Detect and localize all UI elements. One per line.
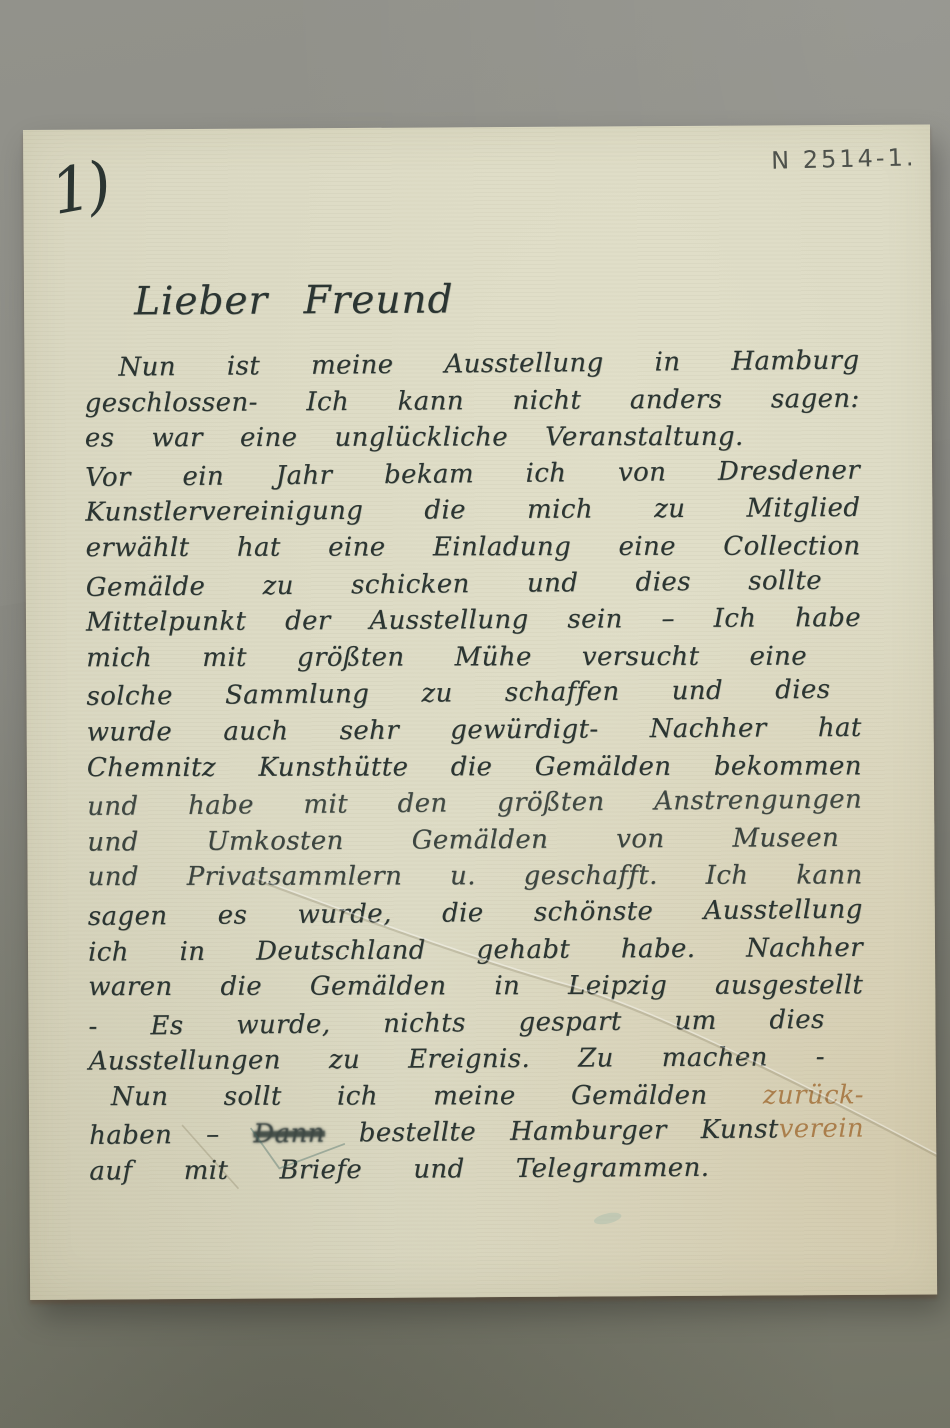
letter-page: 1) N 2514-1. Lieber Freund Nun ist meine… [23,124,937,1300]
letter-segment: haben – [89,1120,254,1152]
catalog-number: N 2514-1. [771,143,917,174]
letter-segment: wurde auch sehr gewürdigt- Nachher hat [87,713,862,748]
letter-line: sagen es wurde, die schönste Ausstellung [88,891,863,935]
letter-line: Mittelpunkt der Ausstellung sein – Ich h… [86,600,861,641]
letter-segment: Mittelpunkt der Ausstellung sein – Ich h… [86,603,861,638]
letter-segment-struck: Dann [253,1119,325,1150]
letter-line: es war eine unglückliche Veranstaltung. [85,419,744,457]
letter-segment: Kunstlervereinigung die mich zu Mitglied [85,493,860,528]
letter-line: waren die Gemälden in Leipzig ausgestell… [88,967,863,1005]
letter-line: Nun ist meine Ausstellung in Hamburg [84,343,859,387]
letter-segment: es war eine unglückliche Veranstaltung. [85,422,744,453]
photo-background: 1) N 2514-1. Lieber Freund Nun ist meine… [0,0,950,1428]
letter-line: mich mit größten Mühe versucht eine [86,638,807,676]
letter-segment: und Privatsammlern u. geschafft. Ich kan… [88,861,863,893]
letter-segment: bestellte Hamburger Kunst [325,1115,779,1149]
letter-line: Vor ein Jahr bekam ich von Dresdener [85,452,860,496]
letter-line: Chemnitz Kunsthütte die Gemälden bekomme… [87,748,862,786]
letter-line: haben – Dann bestellte Hamburger Kunstve… [89,1111,864,1155]
letter-line: solche Sammlung zu schaffen und dies [86,672,830,716]
letter-line: Kunstlervereinigung die mich zu Mitglied [85,490,860,531]
letter-line: Ausstellungen zu Ereignis. Zu machen - [89,1039,825,1080]
letter-segment: Nun ist meine Ausstellung in Hamburg [118,346,859,383]
letter-line: und Privatsammlern u. geschafft. Ich kan… [88,858,863,896]
letter-segment: geschlossen- Ich kann nicht anders sagen… [85,383,860,418]
letter-segment: waren die Gemälden in Leipzig ausgestell… [88,970,863,1002]
letter-segment-faded: verein [779,1114,865,1145]
letter-line: ich in Deutschland gehabt habe. Nachher [88,929,863,970]
letter-segment: erwählt hat eine Einladung eine Collecti… [86,531,861,563]
letter-body: Nun ist meine Ausstellung in Hamburggesc… [84,344,864,1190]
letter-segment-faded: zurück- [763,1080,864,1110]
letter-line: auf mit Briefe und Telegrammen. [89,1150,709,1190]
letter-segment: ich in Deutschland gehabt habe. Nachher [88,932,863,967]
letter-line: und habe mit den größten Anstrengungen [87,782,862,826]
letter-segment: Ausstellungen zu Ereignis. Zu machen - [89,1042,825,1076]
letter-line: wurde auch sehr gewürdigt- Nachher hat [87,710,862,751]
letter-segment: sagen es wurde, die schönste Ausstellung [88,894,863,931]
letter-segment: mich mit größten Mühe versucht eine [86,641,807,673]
letter-segment: und Umkosten Gemälden von Museen [87,823,839,858]
salutation: Lieber Freund [134,277,454,324]
letter-segment: Chemnitz Kunsthütte die Gemälden bekomme… [87,751,862,783]
letter-line: Gemälde zu schicken und dies sollte [86,562,823,606]
letter-segment: Gemälde zu schicken und dies sollte [86,565,823,602]
letter-segment: auf mit Briefe und Telegrammen. [89,1153,709,1187]
letter-segment: Nun sollt ich meine Gemälden [111,1080,763,1111]
letter-line: erwählt hat eine Einladung eine Collecti… [86,528,861,566]
letter-segment: und habe mit den größten Anstrengungen [87,785,862,822]
letter-segment: solche Sammlung zu schaffen und dies [86,675,830,712]
letter-line: Nun sollt ich meine Gemälden zurück- [89,1077,864,1115]
letter-segment: - Es wurde, nichts gespart um dies [88,1005,825,1042]
letter-line: - Es wurde, nichts gespart um dies [88,1002,825,1046]
page-number-mark: 1) [45,147,113,229]
letter-line: und Umkosten Gemälden von Museen [87,820,839,861]
letter-segment: Vor ein Jahr bekam ich von Dresdener [85,455,860,492]
letter-line: geschlossen- Ich kann nicht anders sagen… [85,380,860,421]
